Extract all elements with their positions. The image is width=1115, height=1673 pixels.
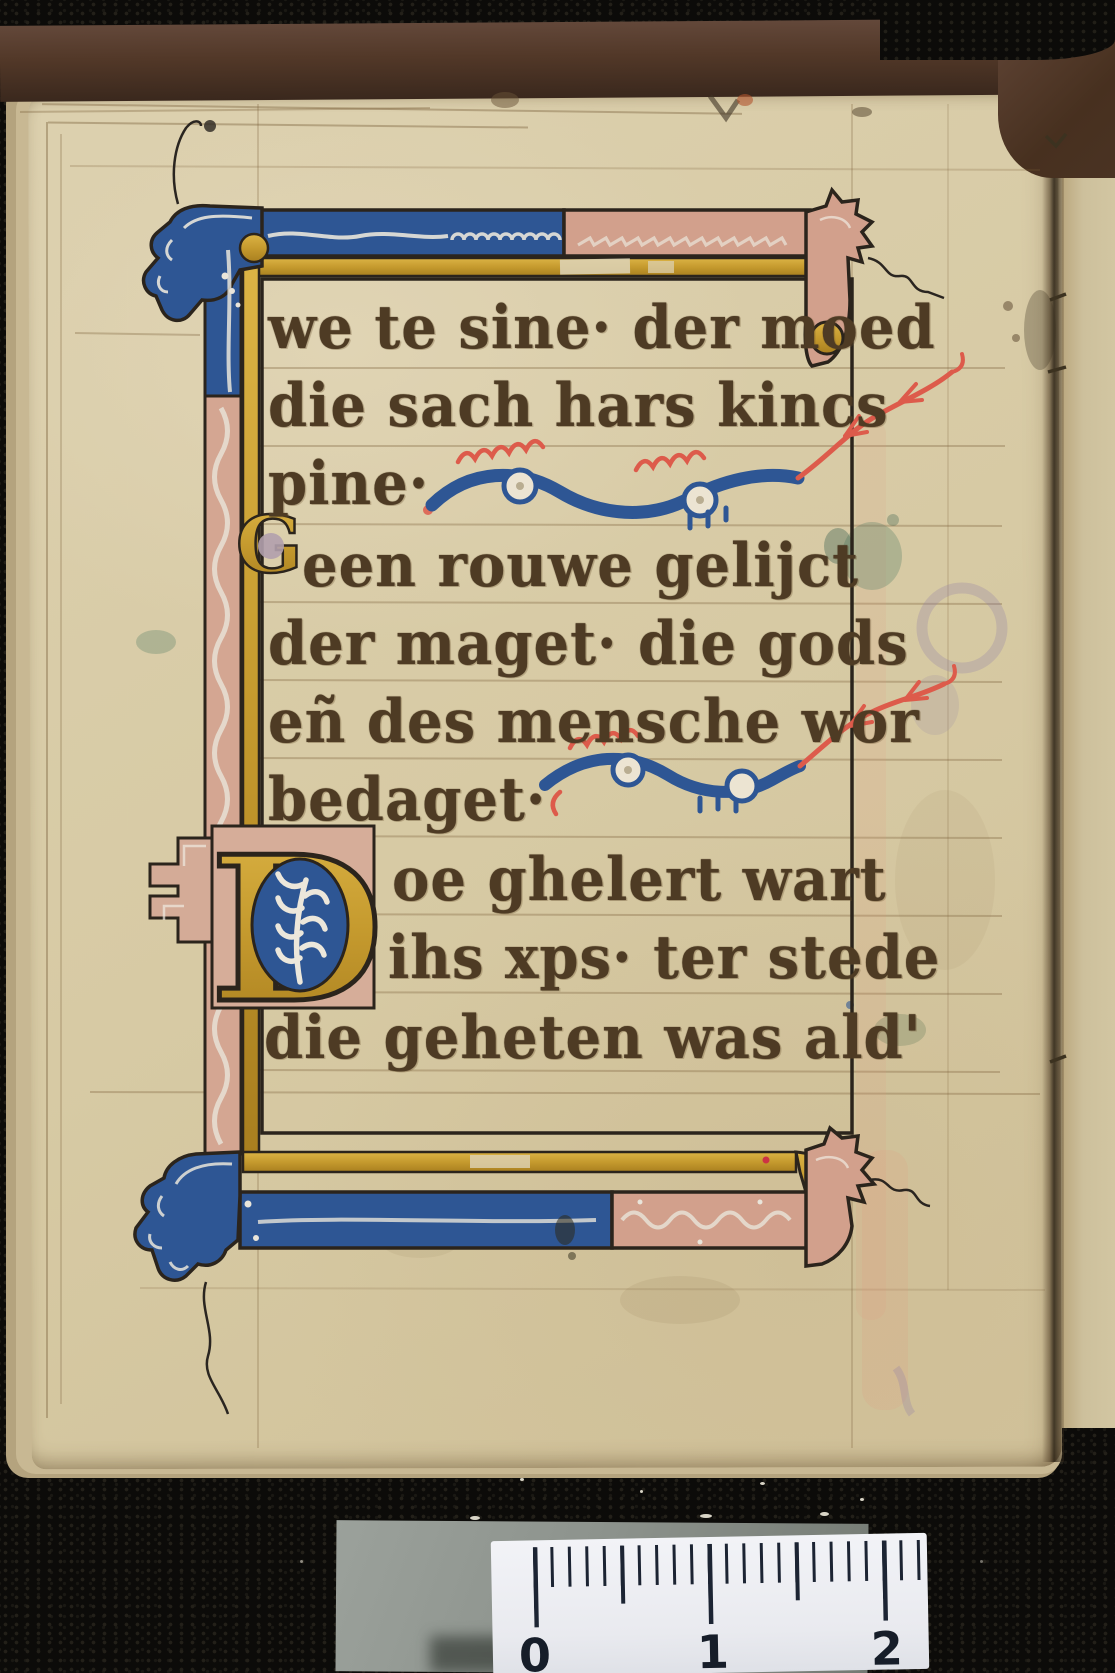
dust-speck [300, 1560, 303, 1563]
corner-ornament-bottom-left [135, 1152, 259, 1414]
ruler-number: 1 [696, 1629, 729, 1673]
ruler-tick-marks [533, 1540, 926, 1628]
dust-speck [760, 1482, 765, 1485]
scale-ruler: 0 1 2 [491, 1533, 930, 1673]
penwork-hairline [174, 121, 201, 204]
dust-fiber [470, 1516, 480, 1520]
ink-blot [555, 1215, 575, 1245]
manuscript-text-line: die sach hars kincs [268, 366, 889, 445]
dust-speck [520, 1478, 524, 1481]
manuscript-text-line: oe ghelert wart [392, 840, 887, 919]
manuscript-text-line: die geheten was ald' [264, 998, 922, 1077]
sewing-stitches [1024, 134, 1066, 1062]
dust-fiber [820, 1512, 829, 1516]
ink-blot [568, 1252, 576, 1260]
dust-speck [640, 1490, 643, 1493]
ruler-number: 0 [518, 1632, 551, 1673]
manuscript-text-line: der maget· die gods [268, 604, 909, 683]
penwork-hairline [204, 1282, 228, 1414]
manuscript-text-line: we te sine· der moed [268, 288, 936, 367]
manuscript-text-line: een rouwe gelijct [302, 526, 859, 605]
manuscript-text-line: eñ des mensche wor [268, 682, 920, 761]
dust-speck [860, 1498, 864, 1501]
photo-stage: G D [0, 0, 1115, 1673]
ruler-number: 2 [870, 1625, 903, 1672]
manuscript-text-line: bedaget· [268, 760, 546, 839]
dust-speck [980, 1560, 983, 1563]
manuscript-text-line: pine· [268, 444, 429, 523]
illumination-layer: G D [0, 0, 1115, 1673]
dust-fiber [700, 1514, 712, 1518]
manuscript-text-line: ihs xps· ter stede [388, 918, 940, 997]
